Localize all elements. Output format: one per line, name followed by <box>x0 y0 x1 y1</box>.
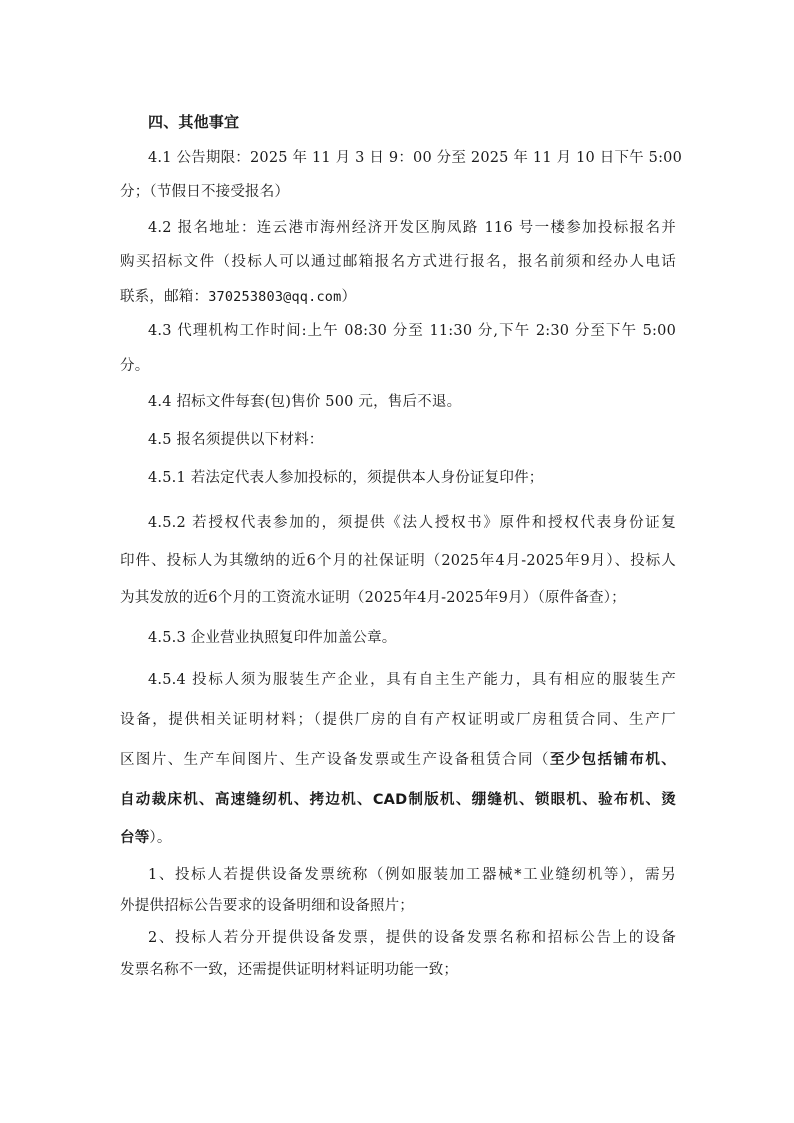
item-4-5-4-line-4: 自动裁床机、高速缝纫机、拷边机、CAD制版机、绷缝机、锁眼机、验布机、烫 <box>120 790 676 810</box>
document-page: 四、其他事宜 4.1 公告期限：2025 年 11 月 3 日 9：00 分至 … <box>0 0 794 1123</box>
item-4-5-4-line-1: 4.5.4 投标人须为服装生产企业，具有自主生产能力，具有相应的服装生产 <box>148 670 676 690</box>
item-4-5-3: 4.5.3 企业营业执照复印件加盖公章。 <box>148 628 676 648</box>
item-4-5-4-line-5: 台等）。 <box>120 828 676 848</box>
item-4-2-line-2: 购买招标文件（投标人可以通过邮箱报名方式进行报名，报名前须和经办人电话 <box>120 252 676 272</box>
item-4-5-1: 4.5.1 若法定代表人参加投标的，须提供本人身份证复印件； <box>148 468 676 488</box>
equipment-list-bold-end: 台等 <box>120 830 149 846</box>
item-4-2-line-3: 联系，邮箱：370253803@qq.com） <box>120 287 676 307</box>
item-4-5-4-line-3: 区图片、生产车间图片、生产设备发票或生产设备租赁合同（至少包括铺布机、 <box>120 750 676 770</box>
item-4-3-line-1: 4.3 代理机构工作时间:上午 08:30 分至 11:30 分,下午 2:30… <box>148 321 676 341</box>
item-4-3-line-2: 分。 <box>120 356 676 376</box>
item-4-5-2-line-1: 4.5.2 若授权代表参加的，须提供《法人授权书》原件和授权代表身份证复 <box>148 513 676 533</box>
item-4-1-line-1: 4.1 公告期限：2025 年 11 月 3 日 9：00 分至 2025 年 … <box>148 148 676 168</box>
contact-label: 联系，邮箱： <box>120 289 208 305</box>
equipment-proof-text: 区图片、生产车间图片、生产设备发票或生产设备租赁合同（ <box>120 752 550 768</box>
item-4-5-2-line-2: 印件、投标人为其缴纳的近6个月的社保证明（2025年4月-2025年9月）、投标… <box>120 551 676 571</box>
item-4-5-4-line-2: 设备，提供相关证明材料；（提供厂房的自有产权证明或厂房租赁合同、生产厂 <box>120 710 676 730</box>
email-address: 370253803@qq.com <box>208 289 341 305</box>
item-4-2-line-1: 4.2 报名地址：连云港市海州经济开发区朐凤路 116 号一楼参加投标报名并 <box>148 218 676 238</box>
item-4-4: 4.4 招标文件每套(包)售价 500 元，售后不退。 <box>148 392 676 412</box>
note-2-line-2: 发票名称不一致，还需提供证明材料证明功能一致； <box>120 960 676 980</box>
closing-paren: ） <box>341 289 356 305</box>
equipment-list-bold-start: 至少包括铺布机、 <box>550 752 676 768</box>
section-heading: 四、其他事宜 <box>148 112 676 132</box>
note-1-line-2: 外提供招标公告要求的设备明细和设备照片； <box>120 896 676 916</box>
item-4-5: 4.5 报名须提供以下材料： <box>148 430 676 450</box>
item-4-1-line-2: 分；（节假日不接受报名） <box>120 182 676 202</box>
equipment-list-close: ）。 <box>149 830 171 846</box>
note-2-line-1: 2、投标人若分开提供设备发票，提供的设备发票名称和招标公告上的设备 <box>148 928 676 948</box>
item-4-5-2-line-3: 为其发放的近6个月的工资流水证明（2025年4月-2025年9月）（原件备查）； <box>120 588 676 608</box>
note-1-line-1: 1、投标人若提供设备发票统称（例如服装加工器械*工业缝纫机等），需另 <box>148 865 676 885</box>
